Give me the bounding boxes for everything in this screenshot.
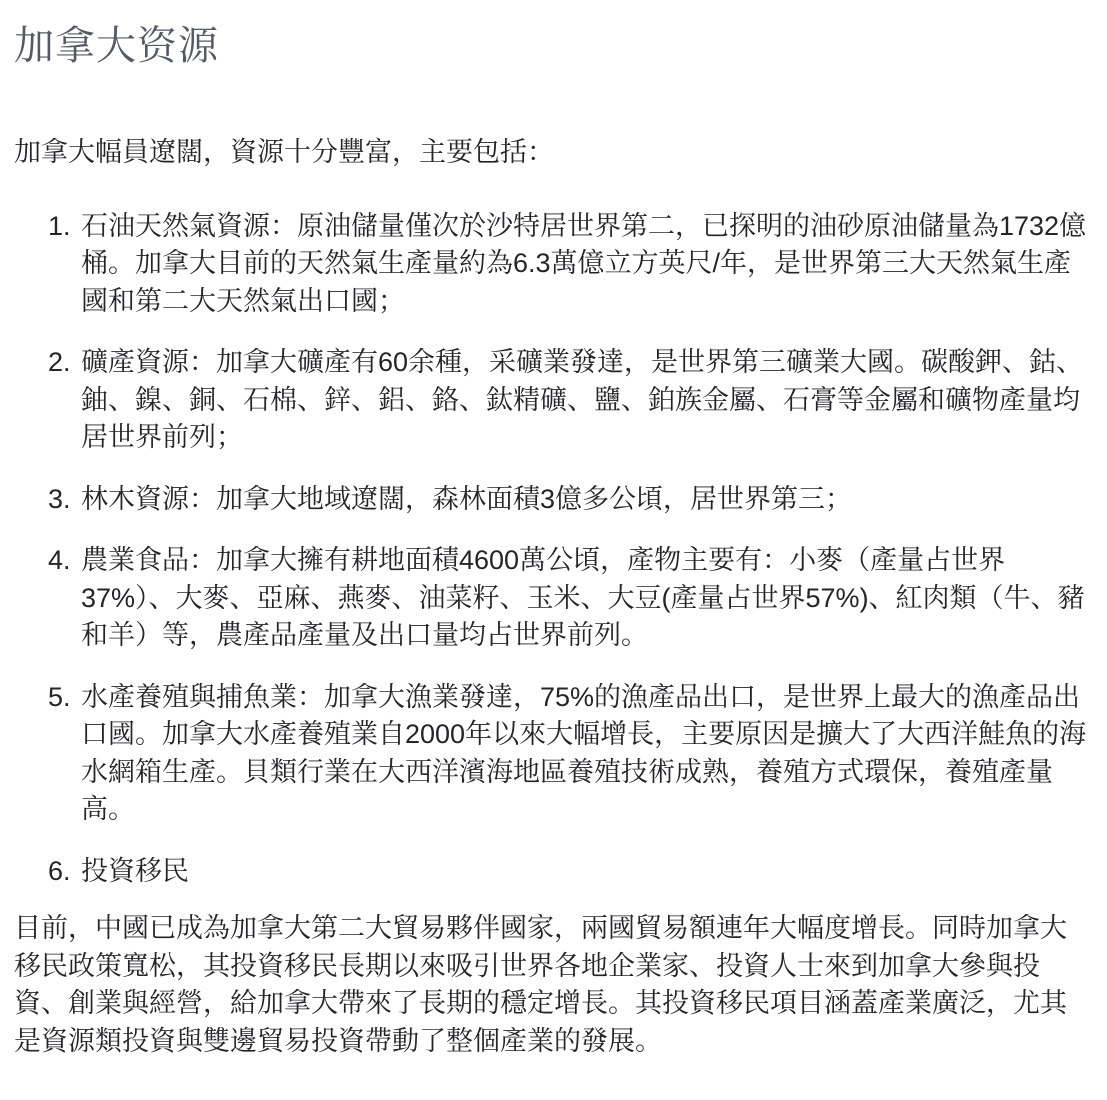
list-item-aquaculture-fishing: 水產養殖與捕魚業：加拿大漁業發達，75%的漁產品出口，是世界上最大的漁產品出口國…	[78, 679, 1093, 829]
closing-paragraph: 目前，中國已成為加拿大第二大貿易夥伴國家，兩國貿易額連年大幅度增長。同時加拿大移…	[14, 910, 1093, 1060]
list-item-minerals: 礦產資源：加拿大礦產有60余種，采礦業發達，是世界第三礦業大國。碳酸鉀、鈷、鈾、…	[78, 344, 1093, 457]
list-item-oil-gas: 石油天然氣資源：原油儲量僅次於沙特居世界第二，已探明的油砂原油儲量為1732億桶…	[78, 208, 1093, 321]
resource-list: 石油天然氣資源：原油儲量僅次於沙特居世界第二，已探明的油砂原油儲量為1732億桶…	[14, 208, 1093, 891]
intro-paragraph: 加拿大幅員遼闊，資源十分豐富，主要包括：	[14, 134, 1093, 172]
list-item-forestry: 林木資源：加拿大地域遼闊，森林面積3億多公頃，居世界第三；	[78, 481, 1093, 519]
document-page: 加拿大资源 加拿大幅員遼闊，資源十分豐富，主要包括： 石油天然氣資源：原油儲量僅…	[0, 0, 1107, 1100]
page-title: 加拿大资源	[14, 22, 1093, 70]
list-item-investment-immigration: 投資移民	[78, 853, 1093, 891]
list-item-agriculture: 農業食品：加拿大擁有耕地面積4600萬公頃，產物主要有：小麥（產量占世界37%）…	[78, 542, 1093, 655]
